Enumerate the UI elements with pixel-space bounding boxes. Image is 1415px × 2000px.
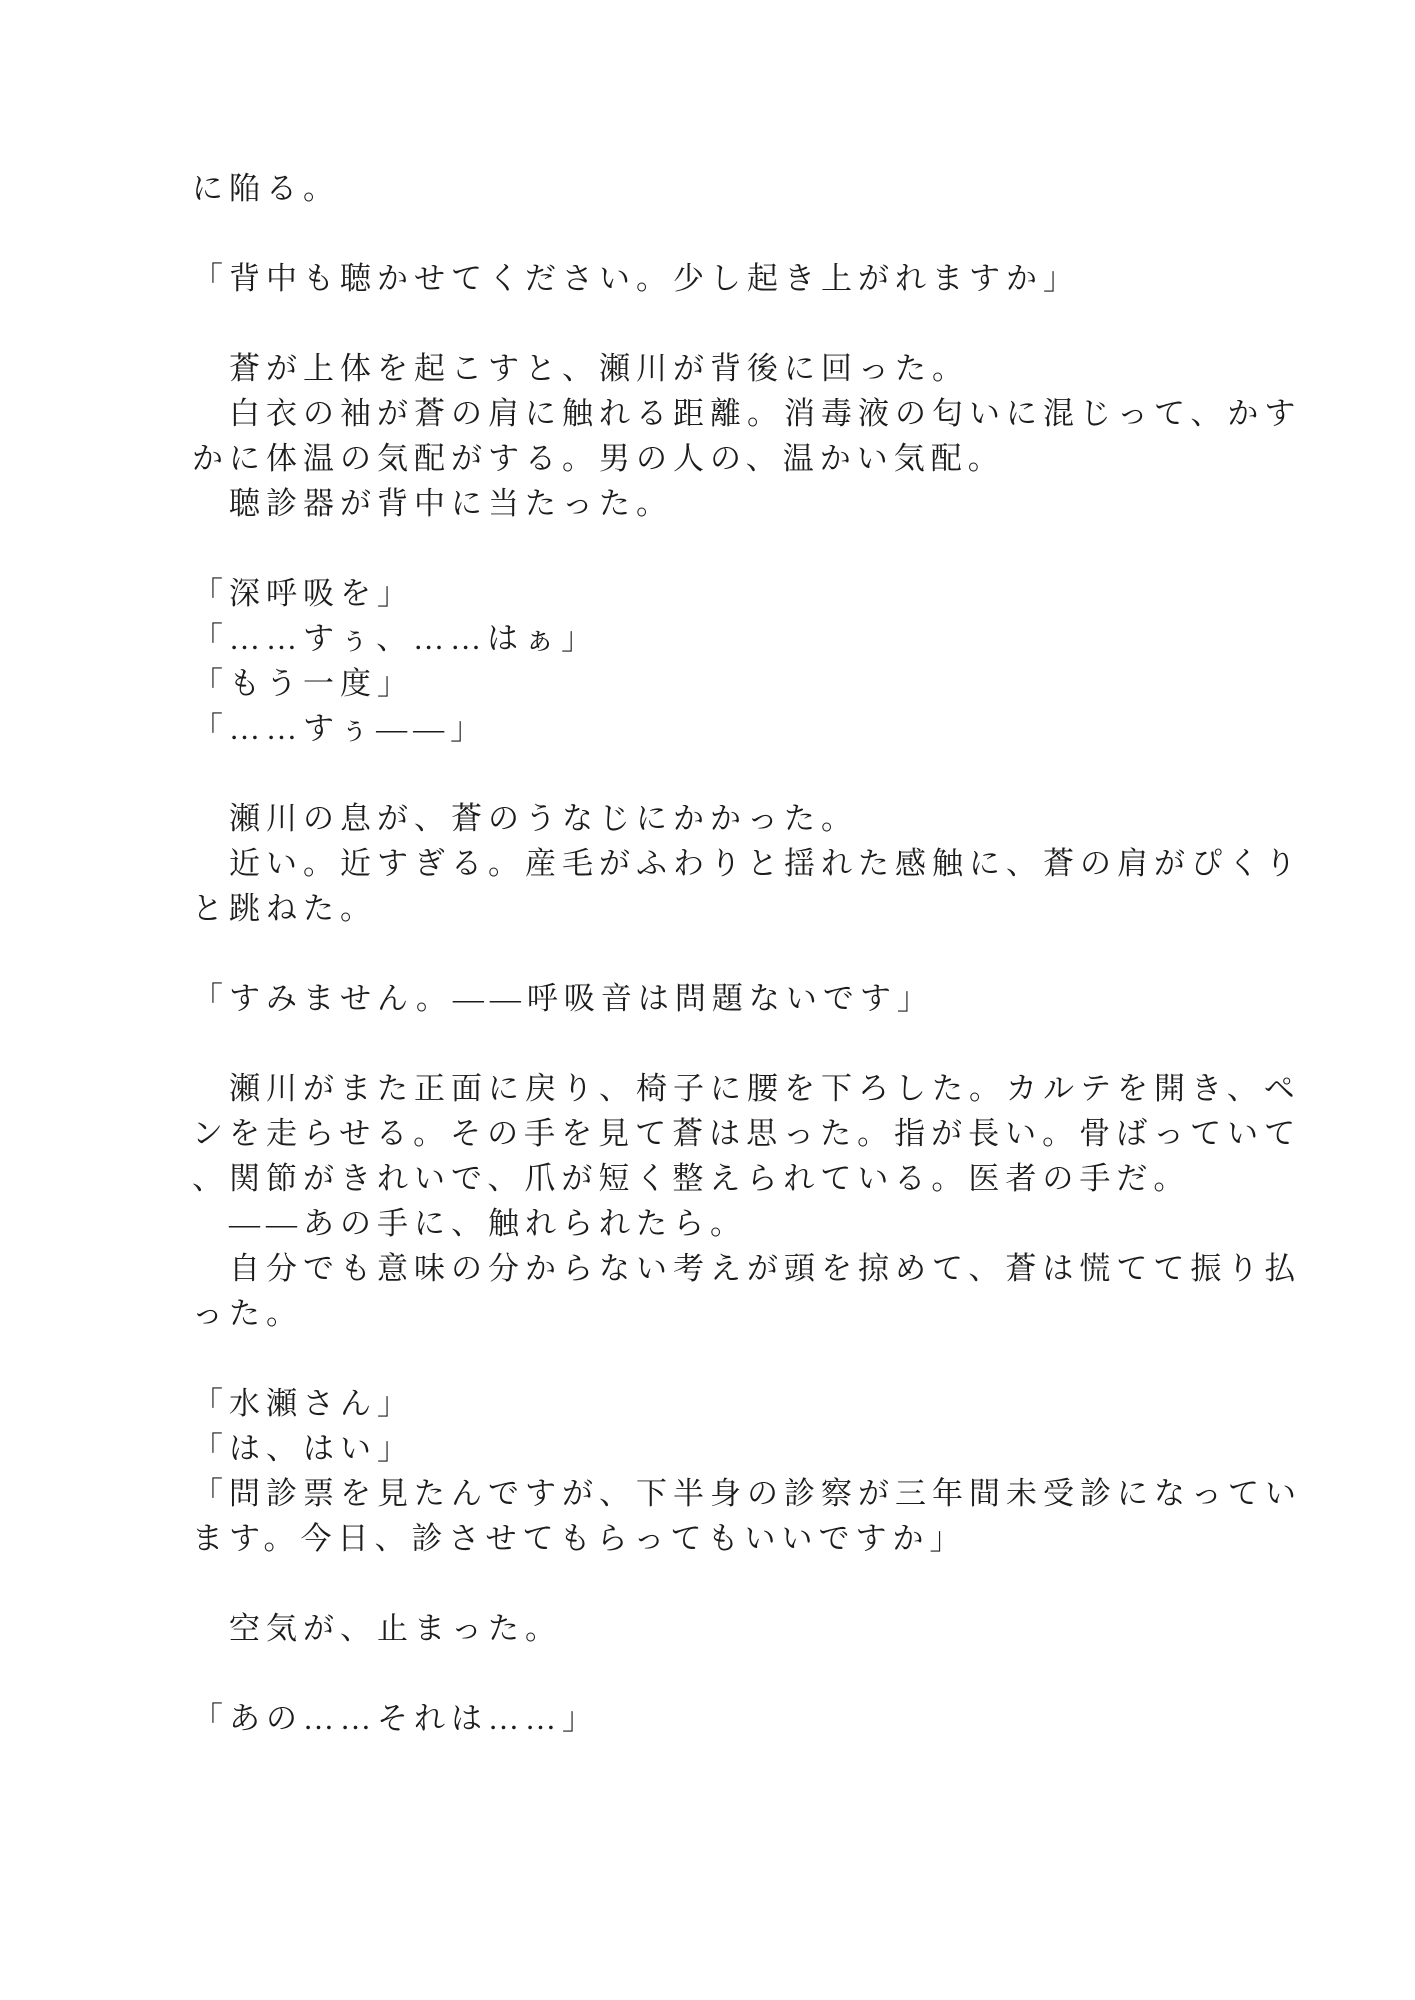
text-line: 自分でも意味の分からない考えが頭を掠めて、蒼は慌てて振り払: [192, 1246, 1325, 1291]
document-page: に陥る。「背中も聴かせてください。少し起き上がれますか」 蒼が上体を起こすと、瀬…: [0, 0, 1415, 2000]
text-line: 「は、はい」: [192, 1426, 1325, 1471]
text-line: に陥る。: [192, 166, 1325, 211]
text-line: 聴診器が背中に当たった。: [192, 481, 1325, 526]
text-line: 「深呼吸を」: [192, 571, 1325, 616]
text-line: 白衣の袖が蒼の肩に触れる距離。消毒液の匂いに混じって、かす: [192, 391, 1325, 436]
paragraph-3: 蒼が上体を起こすと、瀬川が背後に回った。 白衣の袖が蒼の肩に触れる距離。消毒液の…: [192, 346, 1325, 526]
text-line: 「水瀬さん」: [192, 1381, 1325, 1426]
text-line: ます。今日、診させてもらってもいいですか」: [192, 1516, 1325, 1561]
paragraph-2: 「背中も聴かせてください。少し起き上がれますか」: [192, 256, 1325, 301]
paragraph-9: 空気が、止まった。: [192, 1606, 1325, 1651]
text-line: 瀬川の息が、蒼のうなじにかかった。: [192, 796, 1325, 841]
text-line: 「あの……それは……」: [192, 1696, 1325, 1741]
text-line: 「背中も聴かせてください。少し起き上がれますか」: [192, 256, 1325, 301]
paragraph-7: 瀬川がまた正面に戻り、椅子に腰を下ろした。カルテを開き、ペンを走らせる。その手を…: [192, 1066, 1325, 1336]
text-line: と跳ねた。: [192, 886, 1325, 931]
paragraph-4: 「深呼吸を」「……すぅ、……はぁ」「もう一度」「……すぅ——」: [192, 571, 1325, 751]
text-line: 「問診票を見たんですが、下半身の診察が三年間未受診になってい: [192, 1471, 1325, 1516]
text-line: ンを走らせる。その手を見て蒼は思った。指が長い。骨ばっていて: [192, 1111, 1325, 1156]
text-line: 「もう一度」: [192, 661, 1325, 706]
paragraph-10: 「あの……それは……」: [192, 1696, 1325, 1741]
paragraph-5: 瀬川の息が、蒼のうなじにかかった。 近い。近すぎる。産毛がふわりと揺れた感触に、…: [192, 796, 1325, 931]
text-line: かに体温の気配がする。男の人の、温かい気配。: [192, 436, 1325, 481]
paragraph-1: に陥る。: [192, 166, 1325, 211]
paragraph-6: 「すみません。——呼吸音は問題ないです」: [192, 976, 1325, 1021]
text-line: った。: [192, 1291, 1325, 1336]
text-line: 「すみません。——呼吸音は問題ないです」: [192, 976, 1325, 1021]
text-content: に陥る。「背中も聴かせてください。少し起き上がれますか」 蒼が上体を起こすと、瀬…: [192, 166, 1325, 1741]
text-line: 空気が、止まった。: [192, 1606, 1325, 1651]
text-line: ——あの手に、触れられたら。: [192, 1201, 1325, 1246]
text-line: 「……すぅ、……はぁ」: [192, 616, 1325, 661]
text-line: 、関節がきれいで、爪が短く整えられている。医者の手だ。: [192, 1156, 1325, 1201]
text-line: 「……すぅ——」: [192, 706, 1325, 751]
text-line: 瀬川がまた正面に戻り、椅子に腰を下ろした。カルテを開き、ペ: [192, 1066, 1325, 1111]
text-line: 蒼が上体を起こすと、瀬川が背後に回った。: [192, 346, 1325, 391]
paragraph-8: 「水瀬さん」「は、はい」「問診票を見たんですが、下半身の診察が三年間未受診になっ…: [192, 1381, 1325, 1561]
text-line: 近い。近すぎる。産毛がふわりと揺れた感触に、蒼の肩がぴくり: [192, 841, 1325, 886]
